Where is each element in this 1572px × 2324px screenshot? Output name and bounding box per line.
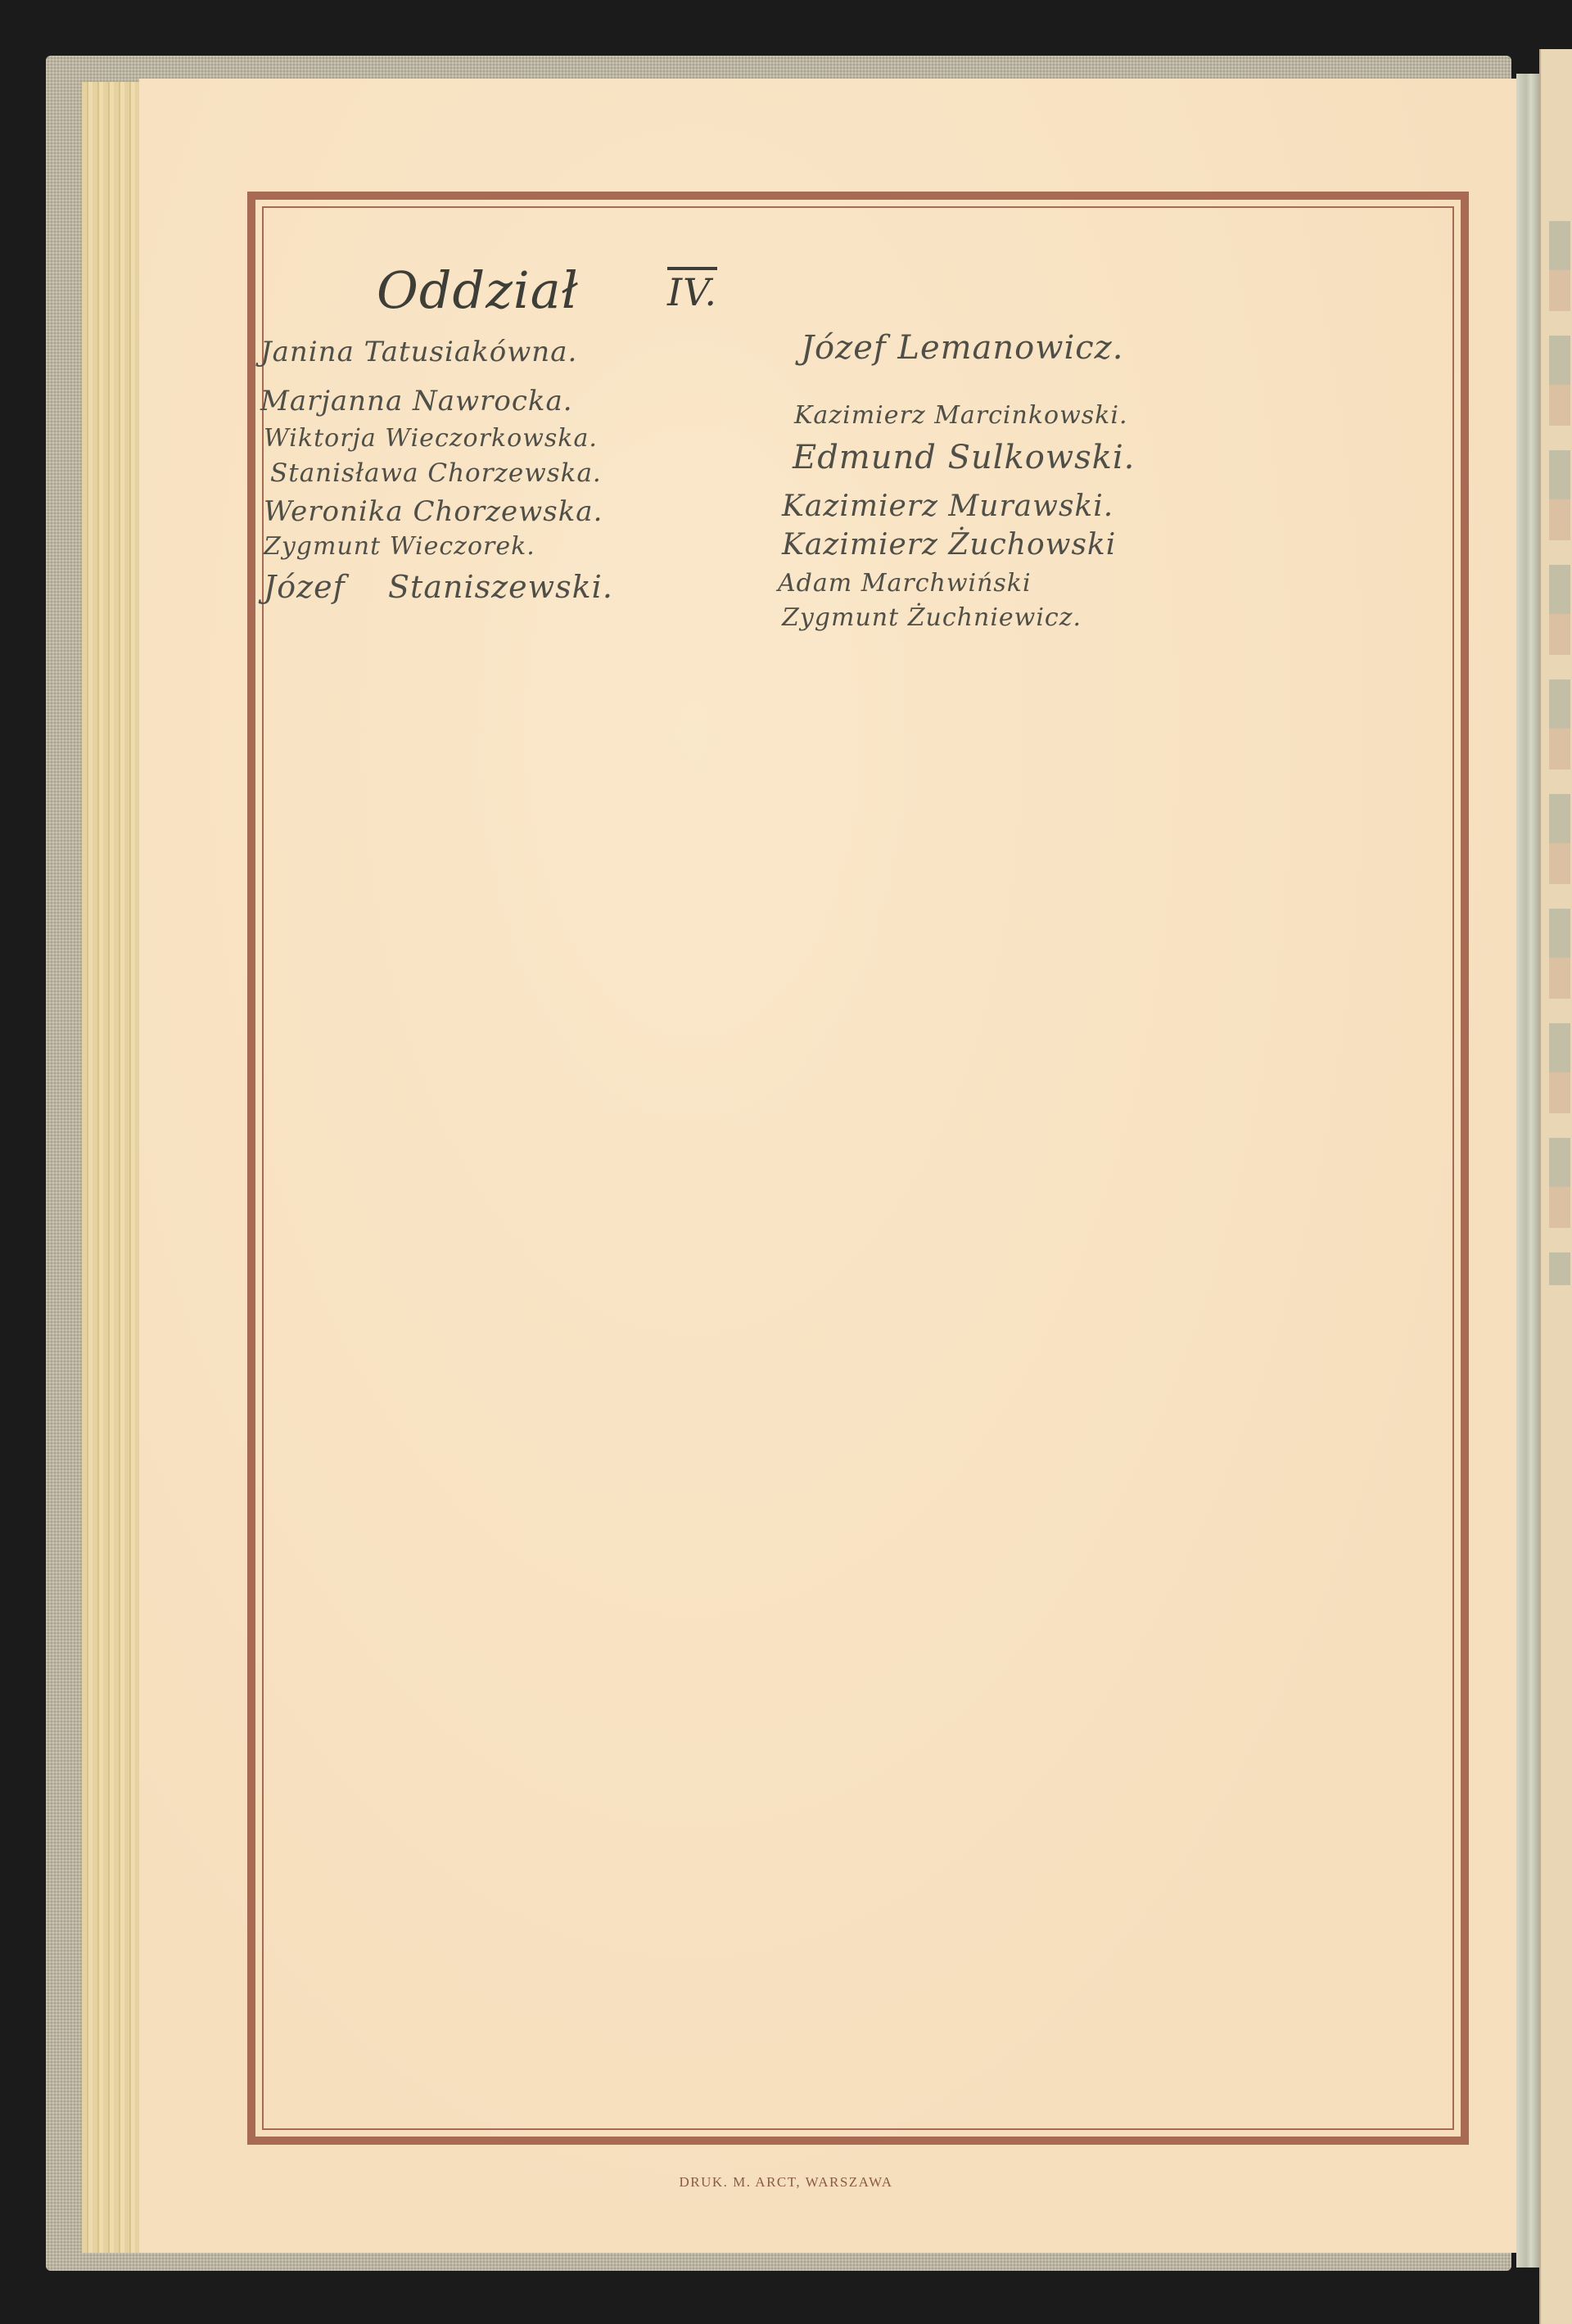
next-page-edge [1539, 49, 1572, 2324]
first-name: Marjanna [260, 385, 403, 417]
first-name: Edmund [793, 439, 937, 476]
section-number: IV. [667, 270, 717, 314]
last-name: Staniszewski. [388, 569, 613, 605]
name-entry: Stanisława Chorzewska. [270, 458, 602, 488]
name-entry: Adam Marchwiński [778, 569, 1032, 598]
name-entry: Wiktorja Wieczorkowska. [264, 424, 598, 453]
name-entry: Edmund Sulkowski. [793, 439, 1135, 476]
name-entry: Zygmunt Żuchniewicz. [782, 603, 1082, 632]
printer-imprint: DRUK. M. ARCT, WARSZAWA [0, 2174, 1572, 2191]
first-name: Zygmunt [782, 603, 899, 632]
first-name: Janina [260, 336, 355, 368]
last-name: Nawrocka. [413, 385, 573, 417]
last-name: Chorzewska. [413, 495, 603, 528]
first-name: Kazimierz [782, 528, 938, 562]
first-name: Józef [801, 329, 887, 367]
last-name: Wieczorek. [390, 532, 535, 561]
first-name: Kazimierz [794, 401, 926, 430]
ornament-border [1549, 221, 1570, 1285]
first-name: Weronika [264, 495, 404, 528]
last-name: Sulkowski. [948, 439, 1136, 476]
name-entry: Zygmunt Wieczorek. [264, 532, 535, 561]
name-entry: Józef Lemanowicz. [801, 329, 1123, 367]
first-name: Stanisława [270, 458, 419, 488]
last-name: Murawski. [948, 490, 1113, 523]
last-name: Marcinkowski. [934, 401, 1127, 430]
first-name: Józef [264, 569, 346, 605]
last-name: Tatusiakówna. [364, 336, 578, 368]
last-name: Chorzewska. [427, 458, 601, 488]
last-name: Wieczorkowska. [385, 424, 598, 453]
first-name: Adam [778, 569, 852, 598]
page-edges [82, 82, 141, 2253]
first-name: Zygmunt [264, 532, 381, 561]
last-name: Lemanowicz. [897, 329, 1123, 367]
first-name: Wiktorja [264, 424, 377, 453]
name-entry: Kazimierz Murawski. [782, 490, 1113, 523]
first-name: Kazimierz [782, 490, 938, 523]
name-entry: Józef Staniszewski. [264, 569, 613, 605]
name-entry: Marjanna Nawrocka. [260, 385, 573, 417]
last-name: Żuchniewicz. [908, 603, 1082, 632]
name-entry: Weronika Chorzewska. [264, 495, 603, 528]
last-name: Żuchowski [948, 528, 1116, 562]
name-entry: Kazimierz Żuchowski [782, 528, 1116, 562]
name-entry: Janina Tatusiakówna. [260, 336, 577, 368]
last-name: Marchwiński [861, 569, 1032, 598]
section-title: Oddział [377, 260, 579, 320]
book-gutter [1516, 74, 1541, 2268]
name-entry: Kazimierz Marcinkowski. [794, 401, 1127, 430]
